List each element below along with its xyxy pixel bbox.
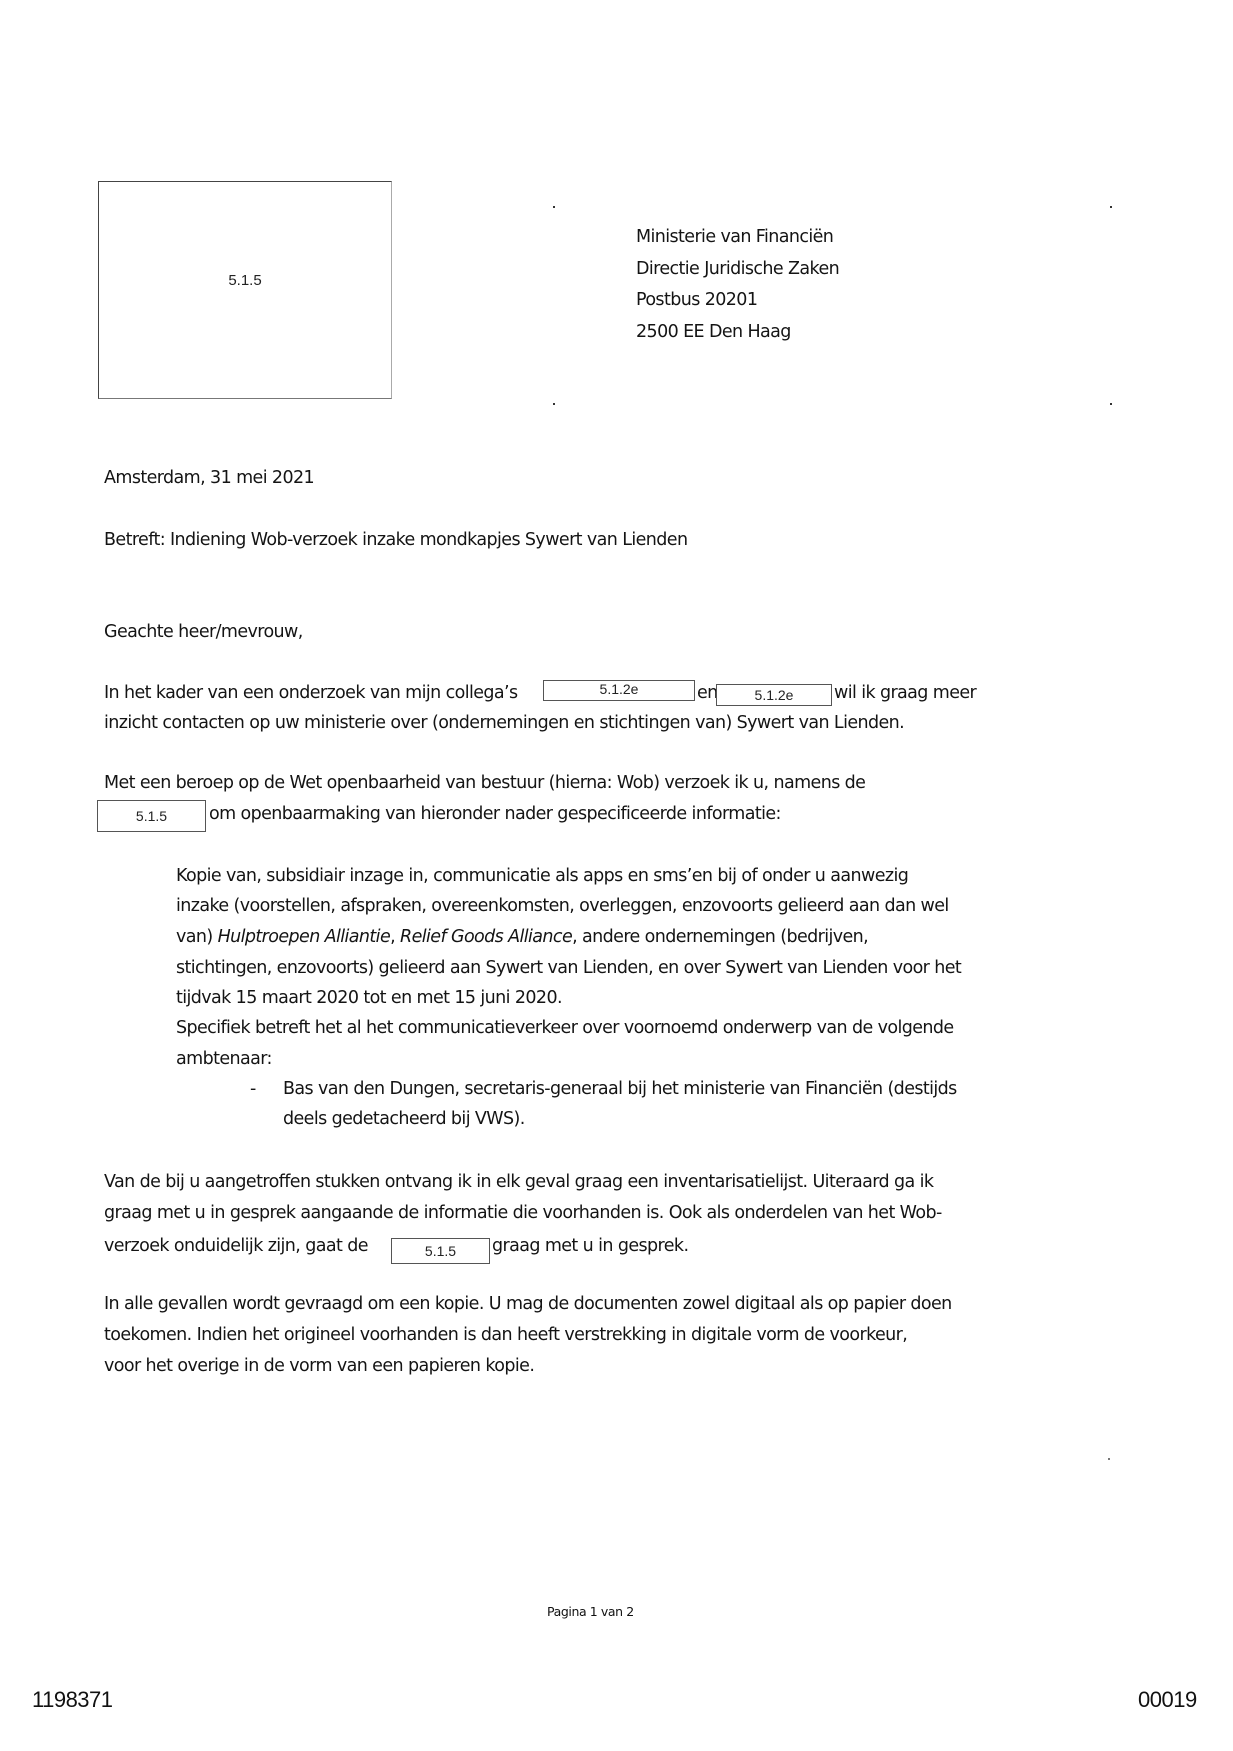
redaction-code: 5.1.5 bbox=[228, 272, 261, 289]
redaction-code: 5.1.2e bbox=[600, 681, 639, 697]
bullet-marker: - bbox=[250, 1079, 256, 1099]
scan-speck bbox=[1108, 1458, 1110, 1460]
request-line: stichtingen, enzovoorts) gelieerd aan Sy… bbox=[176, 958, 961, 978]
paragraph-1-line-1c: wil ik graag meer bbox=[834, 683, 976, 703]
paragraph-1-line-2: inzicht contacten op uw ministerie over … bbox=[104, 713, 904, 733]
bullet-line: deels gedetacheerd bij VWS). bbox=[283, 1109, 525, 1129]
salutation: Geachte heer/mevrouw, bbox=[104, 622, 303, 642]
paragraph-3-line-1: Van de bij u aangetroffen stukken ontvan… bbox=[104, 1172, 933, 1192]
paragraph-4-line-3: voor het overige in de vorm van een papi… bbox=[104, 1356, 534, 1376]
text: van) bbox=[176, 927, 218, 947]
organisation-redaction-2: 5.1.5 bbox=[391, 1238, 490, 1264]
page-indicator: Pagina 1 van 2 bbox=[547, 1604, 634, 1619]
org-name-relief-goods: Relief Goods Alliance bbox=[400, 927, 572, 947]
envelope-window-mark bbox=[553, 403, 555, 405]
paragraph-3-line-3b: graag met u in gesprek. bbox=[492, 1236, 688, 1256]
paragraph-2-line-1: Met een beroep op de Wet openbaarheid va… bbox=[104, 773, 865, 793]
request-line: Kopie van, subsidiair inzage in, communi… bbox=[176, 866, 908, 886]
request-line: Specifiek betreft het al het communicati… bbox=[176, 1018, 954, 1038]
request-line: ambtenaar: bbox=[176, 1049, 272, 1069]
redaction-code: 5.1.2e bbox=[755, 687, 794, 703]
paragraph-1-line-1a: In het kader van een onderzoek van mijn … bbox=[104, 683, 518, 703]
paragraph-1-line-1b: en bbox=[697, 683, 718, 703]
envelope-window-mark bbox=[1110, 403, 1112, 405]
sender-redaction-box: 5.1.5 bbox=[98, 181, 392, 399]
address-line: Ministerie van Financiën bbox=[636, 227, 833, 247]
request-line: tijdvak 15 maart 2020 tot en met 15 juni… bbox=[176, 988, 562, 1008]
address-line: 2500 EE Den Haag bbox=[636, 322, 791, 342]
colleague-redaction-1: 5.1.2e bbox=[543, 680, 695, 701]
organisation-redaction: 5.1.5 bbox=[97, 800, 206, 832]
envelope-window-mark bbox=[1110, 206, 1112, 208]
redaction-code: 5.1.5 bbox=[136, 808, 167, 824]
date-line: Amsterdam, 31 mei 2021 bbox=[104, 468, 314, 488]
paragraph-2-line-2: om openbaarmaking van hieronder nader ge… bbox=[209, 804, 781, 824]
address-line: Postbus 20201 bbox=[636, 290, 757, 310]
request-line: van) Hulptroepen Alliantie, Relief Goods… bbox=[176, 927, 868, 947]
page-number: 00019 bbox=[1138, 1687, 1197, 1713]
org-name-hulptroepen: Hulptroepen Alliantie bbox=[218, 927, 391, 947]
redaction-code: 5.1.5 bbox=[425, 1243, 456, 1259]
paragraph-4-line-1: In alle gevallen wordt gevraagd om een k… bbox=[104, 1294, 952, 1314]
envelope-window-mark bbox=[553, 206, 555, 208]
paragraph-3-line-2: graag met u in gesprek aangaande de info… bbox=[104, 1203, 942, 1223]
address-line: Directie Juridische Zaken bbox=[636, 259, 839, 279]
paragraph-3-line-3a: verzoek onduidelijk zijn, gaat de bbox=[104, 1236, 368, 1256]
colleague-redaction-2: 5.1.2e bbox=[716, 684, 832, 706]
paragraph-4-line-2: toekomen. Indien het origineel voorhande… bbox=[104, 1325, 907, 1345]
bullet-line: Bas van den Dungen, secretaris-generaal … bbox=[283, 1079, 957, 1099]
request-line: inzake (voorstellen, afspraken, overeenk… bbox=[176, 896, 949, 916]
text: , bbox=[390, 927, 400, 947]
subject-line: Betreft: Indiening Wob-verzoek inzake mo… bbox=[104, 530, 687, 550]
document-id: 1198371 bbox=[32, 1687, 113, 1713]
text: , andere ondernemingen (bedrijven, bbox=[572, 927, 868, 947]
